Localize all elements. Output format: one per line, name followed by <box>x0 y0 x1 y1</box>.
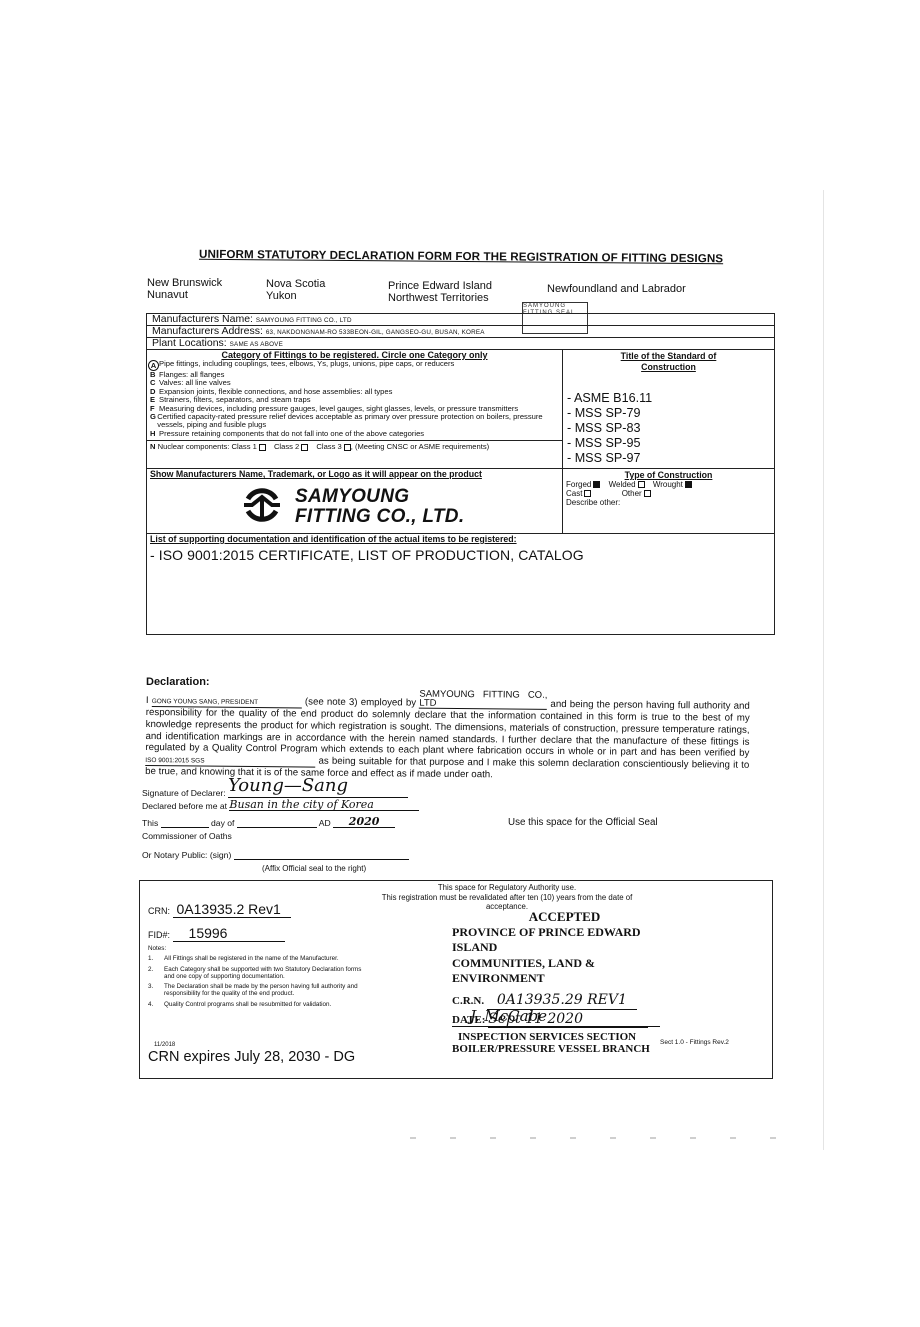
standard-item: - MSS SP-83 <box>567 421 772 436</box>
nuclear-components-row: N Nuclear components: Class 1 Class 2 Cl… <box>147 440 562 452</box>
province-column-1: New Brunswick Nunavut <box>147 277 222 301</box>
plant-locations-value: SAME AS ABOVE <box>230 341 283 348</box>
note-item: 1.All Fittings shall be registered in th… <box>148 955 438 962</box>
welded-checkbox[interactable] <box>638 481 645 488</box>
category-cell: Category of Fittings to be registered. C… <box>147 350 563 468</box>
scan-edge-line <box>823 190 824 1150</box>
construction-heading: Type of Construction <box>566 470 771 480</box>
note-number: 2. <box>148 966 164 981</box>
class2-label: Class 2 <box>274 442 299 451</box>
standard-heading-line: Construction <box>565 362 772 373</box>
form-revision-date: 11/2018 <box>154 1042 175 1048</box>
registration-form: Manufacturers Name: SAMYOUNG FITTING CO.… <box>146 313 775 635</box>
class1-checkbox[interactable] <box>259 444 266 451</box>
stamp-crn-label: C.R.N. <box>452 995 484 1007</box>
fid-value[interactable]: 15996 <box>173 925 285 942</box>
province-name: Newfoundland and Labrador <box>547 283 686 295</box>
day-of-label: day of <box>211 818 234 828</box>
province-column-4: Newfoundland and Labrador <box>547 283 686 295</box>
note-number: 4. <box>148 1001 164 1008</box>
category-standard-grid: Category of Fittings to be registered. C… <box>147 350 774 533</box>
standard-item: - ASME B16.11 <box>567 391 772 406</box>
crn-label: CRN: <box>148 906 170 916</box>
province-name: Northwest Territories <box>388 292 492 304</box>
documentation-section: List of supporting documentation and ide… <box>147 533 774 634</box>
fid-row: FID#: 15996 <box>148 925 285 942</box>
logo-wordmark: SAMYOUNG FITTING CO., LTD. <box>295 487 464 527</box>
section-label: INSPECTION SERVICES SECTION <box>452 1031 650 1043</box>
company-logo: SAMYOUNG FITTING CO., LTD. <box>147 479 562 533</box>
form-reference: Sect 1.0 - Fittings Rev.2 <box>660 1039 729 1046</box>
documentation-heading: List of supporting documentation and ide… <box>150 534 771 545</box>
standard-item: - MSS SP-95 <box>567 436 772 451</box>
standard-heading: Title of the Standard of Construction <box>565 351 772 373</box>
note-number: 1. <box>148 955 164 962</box>
wrought-label: Wrought <box>653 480 683 489</box>
note-text: The Declaration shall be made by the per… <box>164 983 364 998</box>
note-number: 3. <box>148 983 164 998</box>
month-field[interactable] <box>237 815 317 828</box>
declared-before-field[interactable]: Busan in the city of Korea <box>229 798 419 811</box>
note-item: 2.Each Category shall be supported with … <box>148 966 438 981</box>
manufacturer-name-value: SAMYOUNG FITTING CO., LTD <box>256 317 352 324</box>
scan-artifact <box>410 1137 800 1139</box>
standard-item: - MSS SP-97 <box>567 451 772 466</box>
forged-label: Forged <box>566 480 591 489</box>
welded-label: Welded <box>609 480 636 489</box>
province-name: Yukon <box>266 290 325 302</box>
category-list: Category of Fittings to be registered. C… <box>147 350 562 440</box>
form-title: UNIFORM STATUTORY DECLARATION FORM FOR T… <box>199 248 723 266</box>
note-item: 4.Quality Control programs shall be resu… <box>148 1001 438 1008</box>
year-field[interactable]: 2020 <box>333 815 395 828</box>
declared-before-label: Declared before me at <box>142 801 227 811</box>
note-item: 3.The Declaration shall be made by the p… <box>148 983 438 998</box>
plant-locations-row: Plant Locations: SAME AS ABOVE <box>147 338 774 350</box>
manufacturer-address-value: 63, NAKDONGNAM-RO 533BEON-GIL, GANGSEO-G… <box>266 329 485 336</box>
department-label: COMMUNITIES, LAND & ENVIRONMENT <box>452 956 677 987</box>
see-note-text: (see note 3) employed by <box>305 697 416 709</box>
cast-label: Cast <box>566 489 582 498</box>
crn-value[interactable]: 0A13935.2 Rev1 <box>173 901 291 918</box>
standard-item: - MSS SP-79 <box>567 406 772 421</box>
standard-cell: Title of the Standard of Construction - … <box>563 350 774 468</box>
date-row: This day of AD 2020 <box>142 815 395 828</box>
province-name: New Brunswick <box>147 277 222 289</box>
logo-heading: Show Manufacturers Name, Trademark, or L… <box>147 468 562 479</box>
note-text: Each Category shall be supported with tw… <box>164 966 364 981</box>
inspection-branch: INSPECTION SERVICES SECTION BOILER/PRESS… <box>452 1031 650 1055</box>
province-column-2: Nova Scotia Yukon <box>266 278 325 302</box>
class2-checkbox[interactable] <box>301 444 308 451</box>
category-item[interactable]: HPressure retaining components that do n… <box>150 430 559 438</box>
province-column-3: Prince Edward Island Northwest Territori… <box>388 280 492 304</box>
this-label: This <box>142 818 158 828</box>
manufacturer-name-label: Manufacturers Name: <box>152 313 253 325</box>
describe-other-label: Describe other: <box>566 498 771 507</box>
class1-label: Class 1 <box>232 442 257 451</box>
province-name: Nova Scotia <box>266 278 325 290</box>
logo-cell: Show Manufacturers Name, Trademark, or L… <box>147 468 563 533</box>
logo-line: SAMYOUNG <box>295 487 464 507</box>
category-item[interactable]: GCertified capacity-rated pressure relie… <box>150 413 559 430</box>
notary-row: Or Notary Public: (sign) <box>142 847 409 860</box>
logo-line: FITTING CO., LTD. <box>295 507 464 527</box>
category-key: G <box>150 413 157 430</box>
crn-expiry-note: CRN expires July 28, 2030 - DG <box>148 1049 355 1065</box>
regulatory-notice: This space for Regulatory Authority use.… <box>362 883 652 912</box>
manufacturer-address-label: Manufacturers Address: <box>152 325 263 337</box>
ad-label: AD <box>319 818 331 828</box>
construction-type-cell: Type of Construction Forged Welded Wroug… <box>563 468 774 533</box>
documentation-value[interactable]: - ISO 9001:2015 CERTIFICATE, LIST OF PRO… <box>150 547 771 563</box>
official-seal-area: Use this space for the Official Seal <box>508 817 658 828</box>
declarer-signature-field[interactable]: Young—Sang <box>228 779 408 798</box>
wrought-checkbox[interactable] <box>685 481 692 488</box>
notice-line: This space for Regulatory Authority use. <box>362 883 652 893</box>
signature-label: Signature of Declarer: <box>142 788 226 798</box>
crn-row: CRN: 0A13935.2 Rev1 <box>148 901 291 918</box>
cast-checkbox[interactable] <box>584 490 591 497</box>
manufacturer-address-row: Manufacturers Address: 63, NAKDONGNAM-RO… <box>147 326 774 338</box>
province-name: Nunavut <box>147 289 222 301</box>
accepted-label: ACCEPTED <box>452 909 677 925</box>
other-checkbox[interactable] <box>644 490 651 497</box>
note-text: Quality Control programs shall be resubm… <box>164 1001 331 1008</box>
category-text: Pressure retaining components that do no… <box>159 430 424 438</box>
declared-before-row: Declared before me at Busan in the city … <box>142 798 419 811</box>
notes-label: Notes: <box>148 945 438 952</box>
forged-checkbox[interactable] <box>593 481 600 488</box>
category-key: H <box>150 430 159 438</box>
inspector-signature-line <box>452 1026 660 1027</box>
standard-heading-line: Title of the Standard of <box>565 351 772 362</box>
plant-locations-label: Plant Locations: <box>152 337 227 349</box>
nuclear-label: Nuclear components: <box>158 442 230 451</box>
samyoung-logo-icon <box>242 485 282 525</box>
declaration-i: I <box>146 695 149 706</box>
notes-section: Notes: 1.All Fittings shall be registere… <box>148 945 438 1011</box>
employer-field[interactable]: SAMYOUNG FITTING CO., LTD <box>419 690 547 710</box>
regulatory-authority-box: This space for Regulatory Authority use.… <box>139 880 773 1079</box>
fid-label: FID#: <box>148 930 170 940</box>
class3-checkbox[interactable] <box>344 444 351 451</box>
signature-row: Signature of Declarer: Young—Sang <box>142 779 408 798</box>
province-name: Prince Edward Island <box>388 280 492 292</box>
day-field[interactable] <box>161 815 209 828</box>
note-text: All Fittings shall be registered in the … <box>164 955 339 962</box>
standard-list: - ASME B16.11 - MSS SP-79 - MSS SP-83 - … <box>567 391 772 466</box>
other-label: Other <box>622 489 642 498</box>
category-key: N <box>150 442 155 451</box>
commissioner-label: Commissioner of Oaths <box>142 831 232 841</box>
branch-label: BOILER/PRESSURE VESSEL BRANCH <box>452 1043 650 1055</box>
notary-signature-field[interactable] <box>234 847 409 860</box>
class3-label: Class 3 <box>316 442 341 451</box>
declaration-text: I GONG YOUNG SANG, PRESIDENT (see note 3… <box>145 687 750 784</box>
inspector-signature: J. McCabe <box>470 1007 547 1025</box>
affix-seal-note: (Affix Official seal to the right) <box>262 864 366 873</box>
category-text: Certified capacity-rated pressure relief… <box>157 413 559 430</box>
nuclear-note: , (Meeting CNSC or ASME requirements) <box>351 442 489 451</box>
notary-label: Or Notary Public: (sign) <box>142 850 231 860</box>
province-label: PROVINCE OF PRINCE EDWARD ISLAND <box>452 925 677 956</box>
